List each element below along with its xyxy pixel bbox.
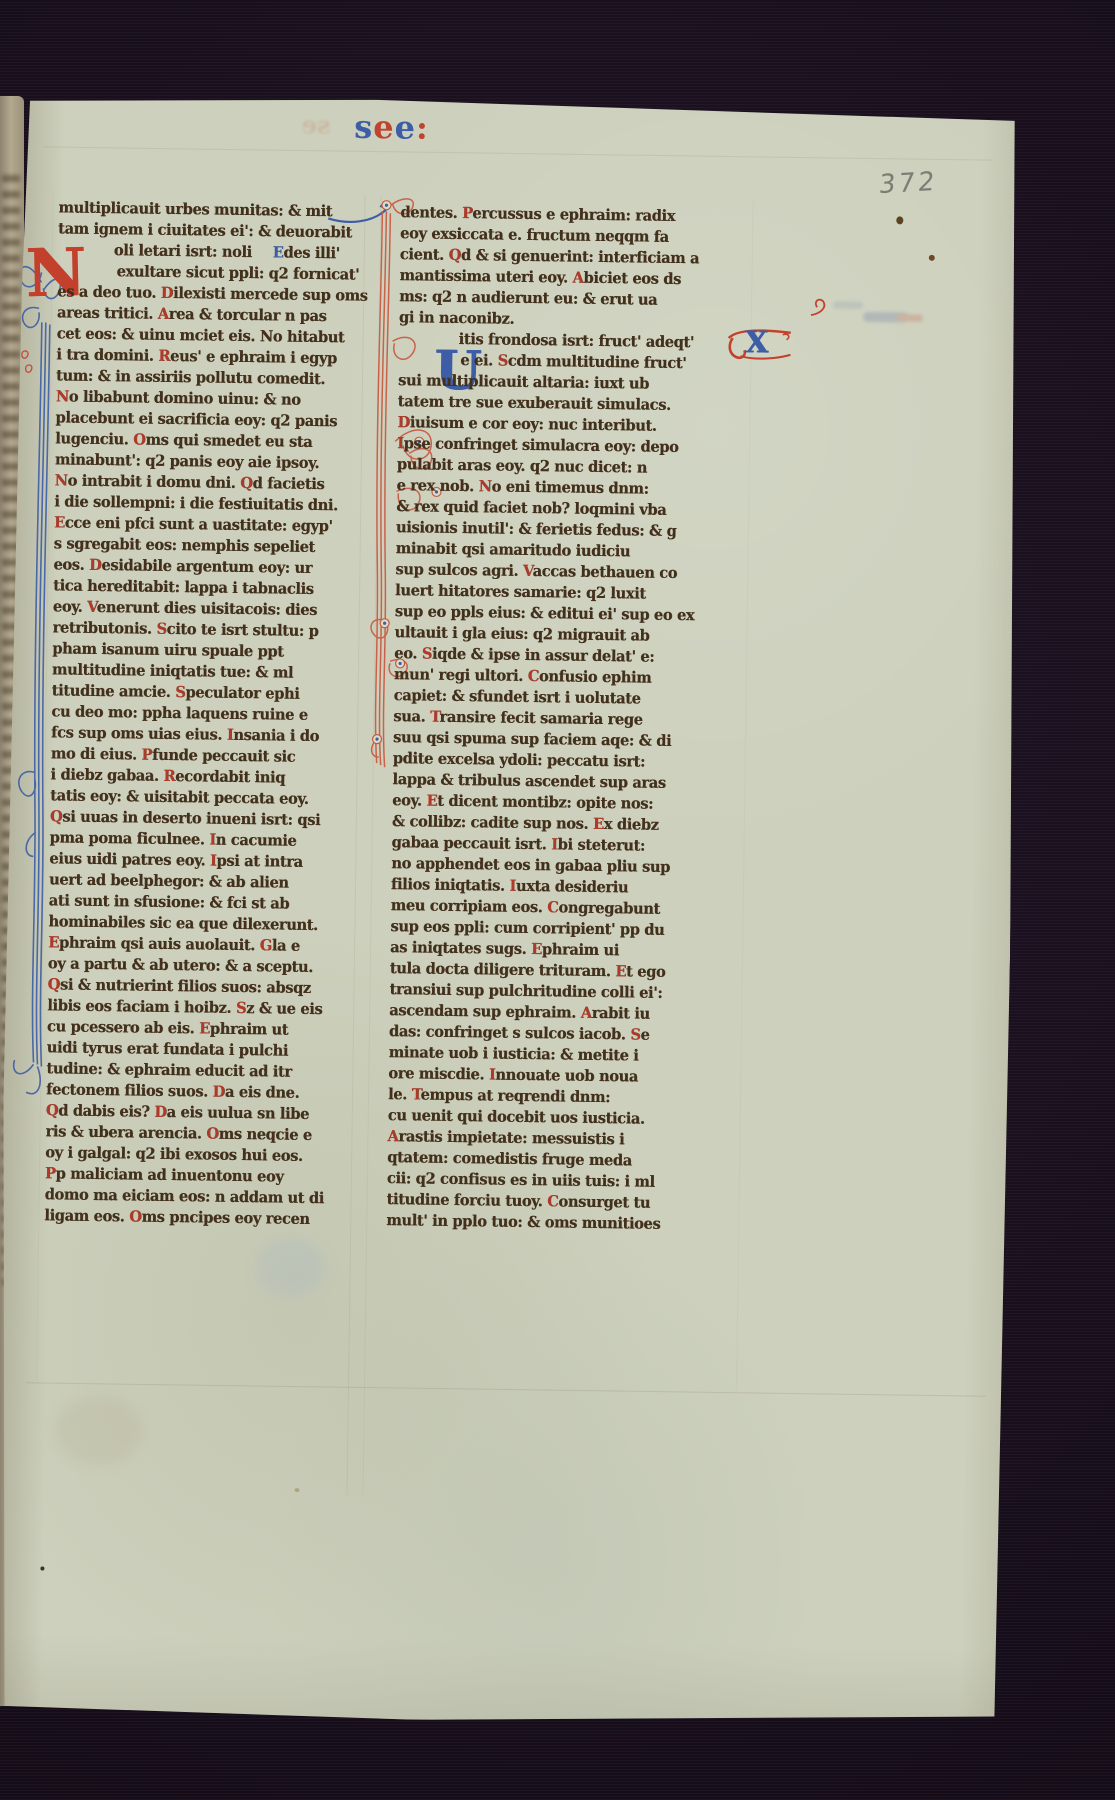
running-title-letter: :	[416, 109, 429, 147]
running-title: see:	[331, 104, 452, 150]
stain-dot	[295, 1488, 300, 1492]
ink-speck	[896, 216, 903, 224]
running-title-offset-ghost: se	[301, 110, 330, 139]
ink-speck	[40, 1567, 44, 1571]
running-title-letter: e	[373, 108, 395, 146]
manuscript-page: se see: 372 N	[0, 94, 1022, 1728]
manuscript-line: mult' in pplo tuo: & oms munitioes	[386, 1209, 738, 1236]
text-column-right: dentes. Percussus e ephraim: radixeoy ex…	[386, 201, 752, 1235]
folio-number: 372	[878, 167, 939, 200]
running-title-letter: s	[354, 108, 374, 146]
damp-smudge	[55, 1395, 146, 1466]
text-column-left: multiplicauit urbes munitas: & mittam ig…	[44, 197, 392, 1231]
ruling-top	[43, 146, 993, 160]
damp-smudge	[255, 1237, 326, 1298]
running-title-letter: e	[394, 108, 416, 146]
ink-speck	[929, 255, 935, 261]
manuscript-line: ligam eos. Oms pncipes eoy recen	[44, 1205, 378, 1232]
ruling-bottom	[26, 1382, 986, 1396]
facing-chapter-offset-ghost	[823, 297, 943, 333]
